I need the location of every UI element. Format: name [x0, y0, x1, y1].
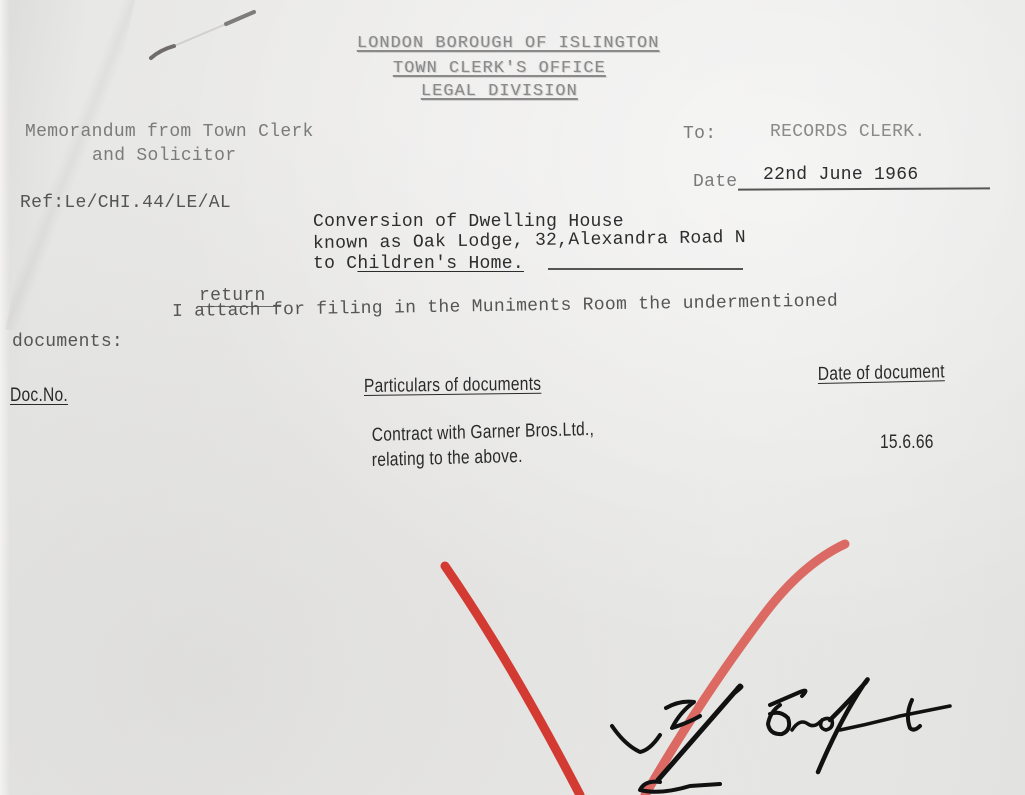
letterhead-line-3: LEGAL DIVISION — [421, 82, 578, 101]
body-struck-word: attach — [194, 301, 261, 322]
memo-from-line-1: Memorandum from Town Clerk — [25, 122, 314, 142]
subject-line-3-underlined: hildren's Home. — [357, 254, 524, 274]
body-line-1-prefix: I — [172, 302, 195, 322]
row-particulars-line-2: relating to the above. — [372, 446, 523, 472]
letterhead-line-1: LONDON BOROUGH OF ISLINGTON — [357, 34, 659, 53]
memo-reference: Ref:Le/CHI.44/LE/AL — [20, 193, 231, 213]
memo-to-label: To: — [683, 124, 716, 144]
row-date: 15.6.66 — [880, 432, 934, 454]
header-date-of-document: Date of document — [818, 361, 945, 386]
memo-date-value: 22nd June 1966 — [763, 165, 918, 185]
memo-to-value: RECORDS CLERK. — [770, 122, 925, 142]
body-line-1: I attach for filing in the Muniments Roo… — [172, 292, 838, 322]
signature-icon — [612, 679, 950, 791]
memo-date-label: Date — [693, 172, 737, 192]
subject-underline — [548, 268, 743, 270]
pencil-mark-icon — [151, 12, 254, 58]
red-check-mark-icon — [445, 544, 845, 795]
handwritten-annotations — [0, 0, 1025, 795]
subject-line-3: to Children's Home. — [313, 254, 524, 274]
body-line-1-rest: for filing in the Muniments Room the und… — [261, 292, 839, 321]
header-particulars: Particulars of documents — [364, 374, 542, 398]
date-underline — [738, 187, 990, 190]
row-particulars-line-1: Contract with Garner Bros.Ltd., — [372, 419, 595, 447]
letterhead-line-2: TOWN CLERK'S OFFICE — [393, 59, 606, 78]
header-doc-no: Doc.No. — [10, 385, 68, 407]
subject-line-1: Conversion of Dwelling House — [313, 212, 624, 232]
subject-line-3-prefix: to C — [313, 254, 357, 274]
memo-from-line-2: and Solicitor — [92, 146, 236, 166]
document-page: LONDON BOROUGH OF ISLINGTON TOWN CLERK'S… — [0, 0, 1025, 795]
body-line-2: documents: — [12, 332, 123, 352]
